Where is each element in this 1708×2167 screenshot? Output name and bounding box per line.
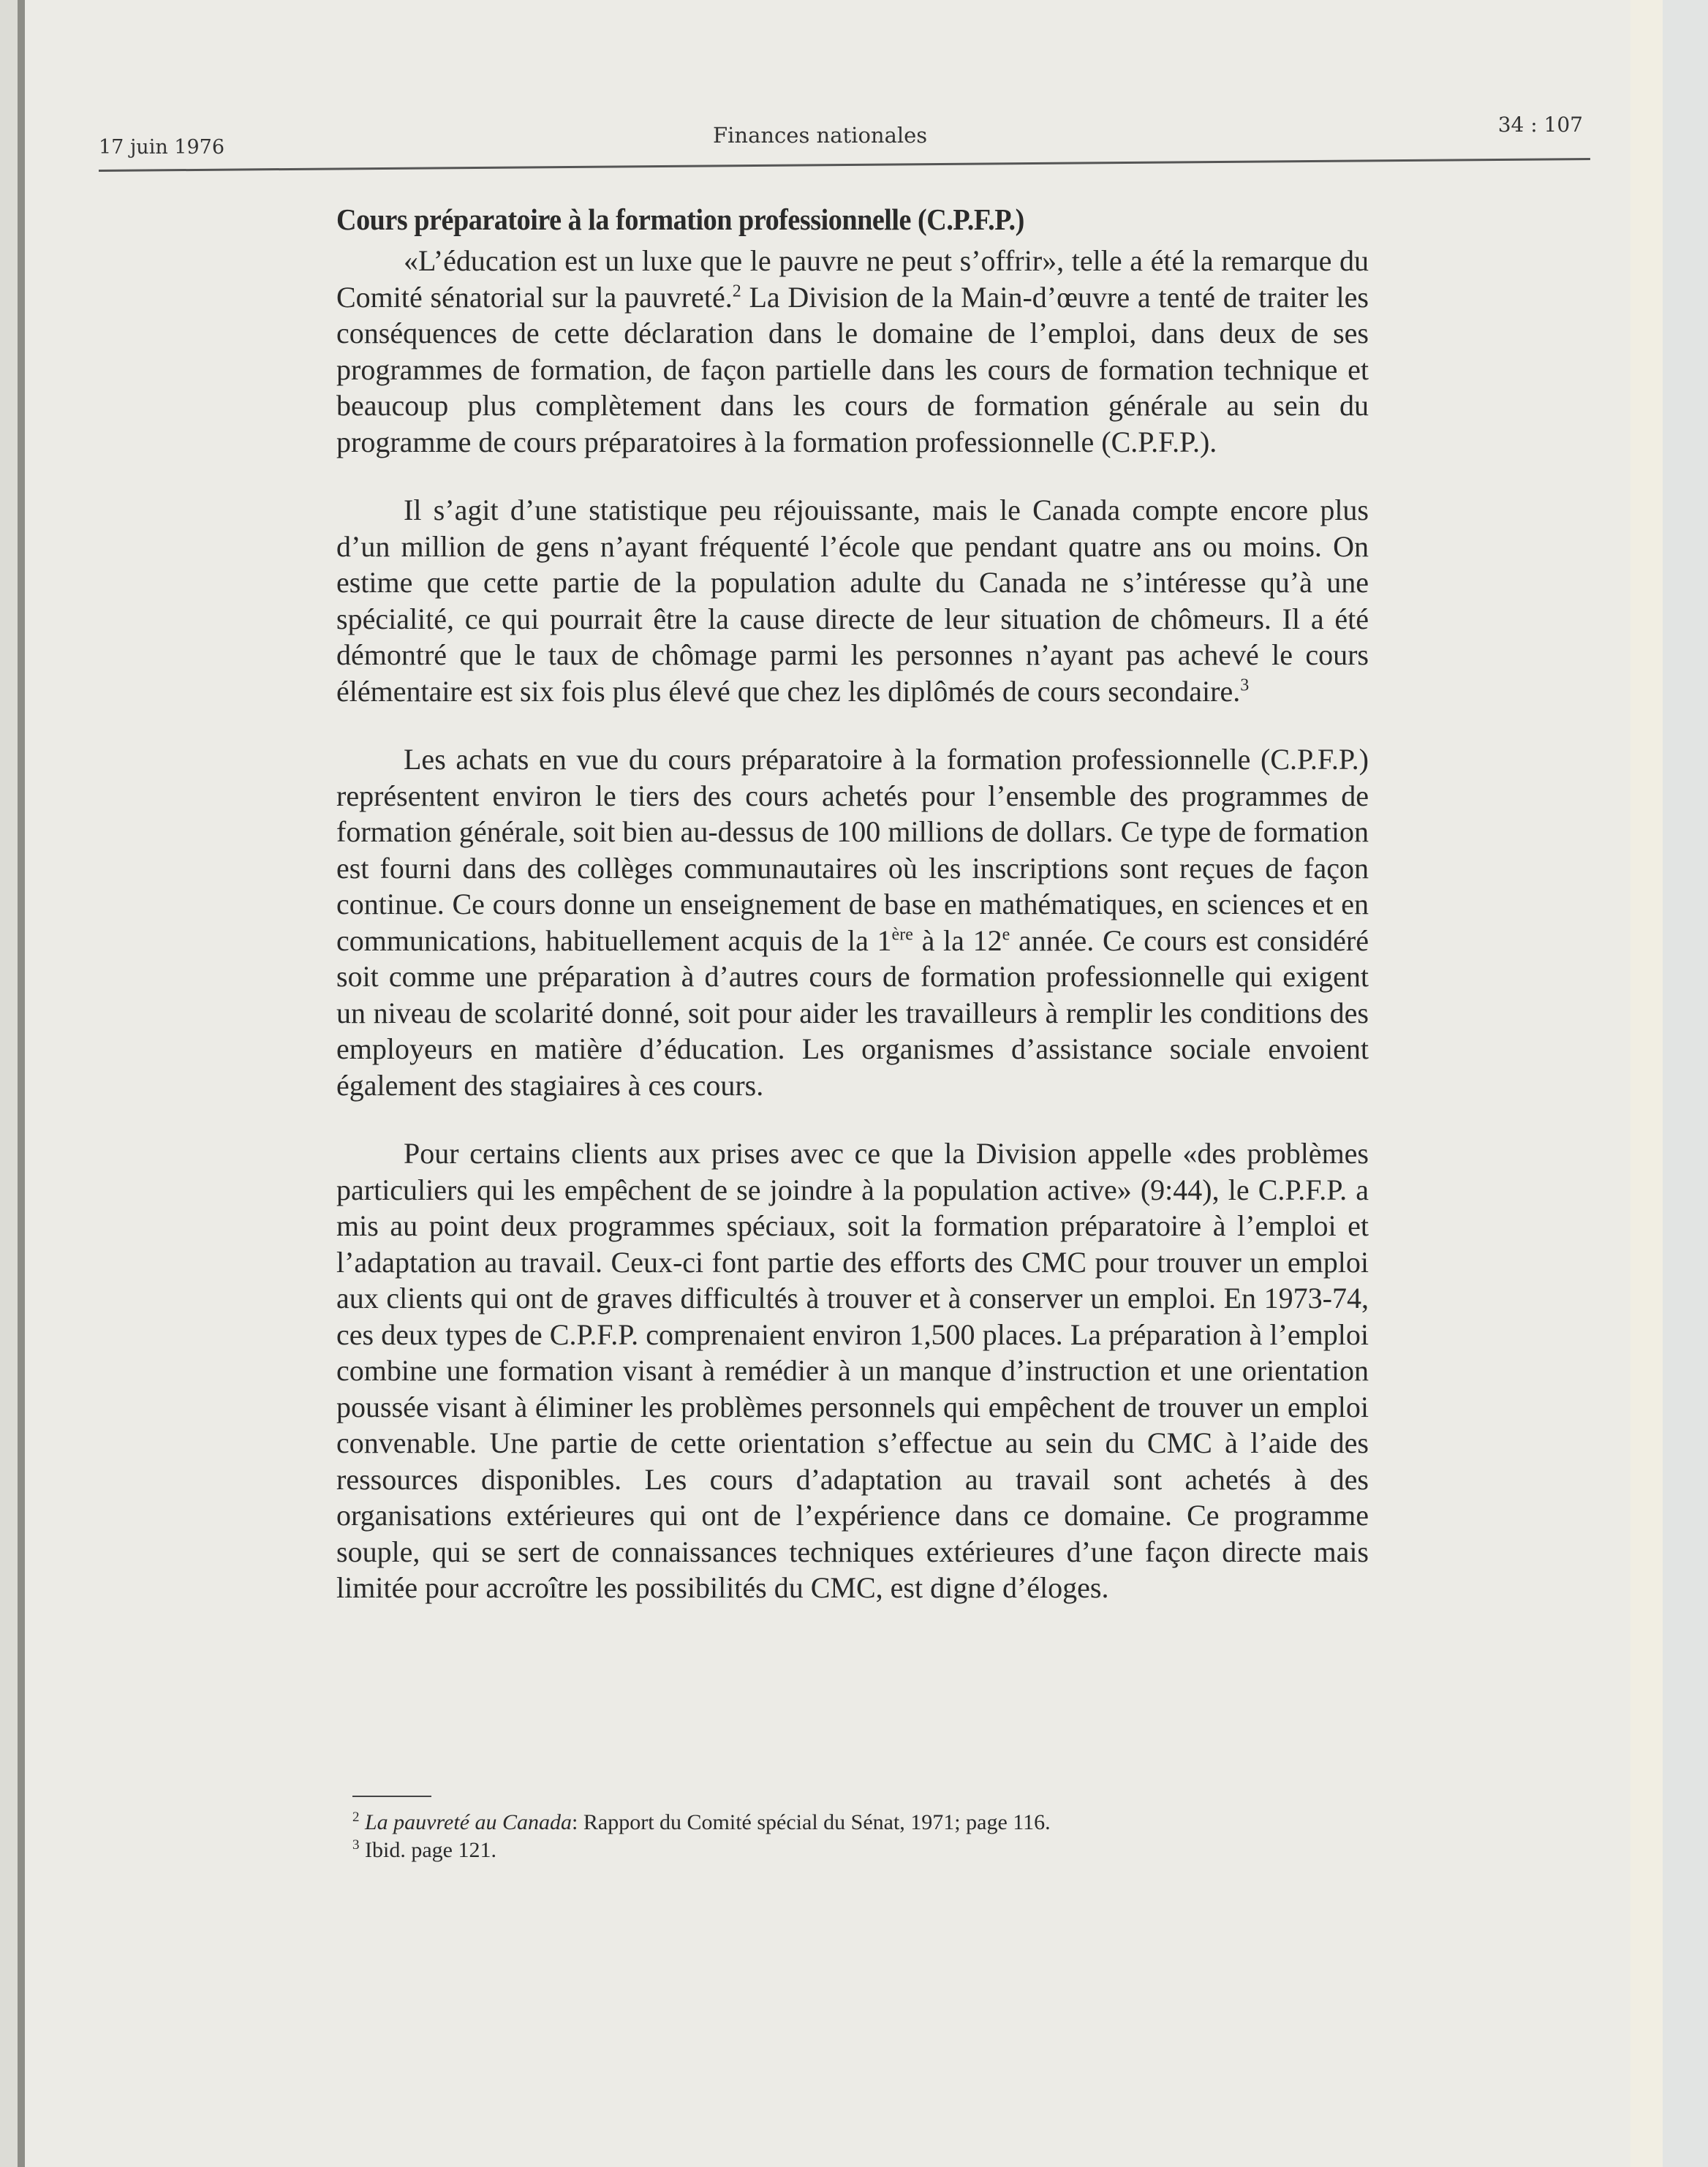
main-content: Cours préparatoire à la formation profes… — [336, 197, 1369, 1638]
scan-right-edge — [1663, 0, 1708, 2167]
paragraph-3: Les achats en vue du cours préparatoire … — [336, 741, 1369, 1103]
footnotes: 2 La pauvreté au Canada: Rapport du Comi… — [352, 1796, 1303, 1864]
footnote-text: Ibid. page 121. — [365, 1838, 496, 1862]
footnote-3: 3 Ibid. page 121. — [352, 1837, 1303, 1864]
superscript-ordinal: e — [1002, 925, 1010, 944]
paragraph-text: Pour certains clients aux prises avec ce… — [336, 1137, 1369, 1604]
paragraph-text: à la 12 — [913, 924, 1002, 957]
book-spine-shadow — [18, 0, 25, 2167]
footnote-2: 2 La pauvreté au Canada: Rapport du Comi… — [352, 1809, 1303, 1837]
paragraph-4: Pour certains clients aux prises avec ce… — [336, 1135, 1369, 1606]
header-page-number: 34 : 107 — [1498, 113, 1583, 137]
paragraph-1: «L’éducation est un luxe que le pauvre n… — [336, 243, 1369, 460]
section-heading: Cours préparatoire à la formation profes… — [336, 197, 1296, 241]
running-header: 17 juin 1976 Finances nationales 34 : 10… — [99, 110, 1590, 168]
footnote-cited-title: La pauvreté au Canada — [365, 1810, 572, 1834]
page-right-margin — [1630, 0, 1663, 2167]
footnote-text: : Rapport du Comité spécial du Sénat, 19… — [572, 1810, 1051, 1834]
footnote-mark: 2 — [352, 1809, 360, 1825]
paragraph-text: Il s’agit d’une statistique peu réjouiss… — [336, 493, 1369, 708]
superscript-ordinal: ère — [892, 925, 913, 944]
paragraph-2: Il s’agit d’une statistique peu réjouiss… — [336, 492, 1369, 709]
header-title: Finances nationales — [713, 123, 927, 148]
footnote-rule — [352, 1796, 431, 1797]
footnote-ref[interactable]: 2 — [733, 281, 741, 300]
header-date: 17 juin 1976 — [99, 136, 224, 159]
footnote-mark: 3 — [352, 1837, 360, 1853]
scan-left-edge — [0, 0, 18, 2167]
footnote-ref[interactable]: 3 — [1240, 676, 1249, 695]
